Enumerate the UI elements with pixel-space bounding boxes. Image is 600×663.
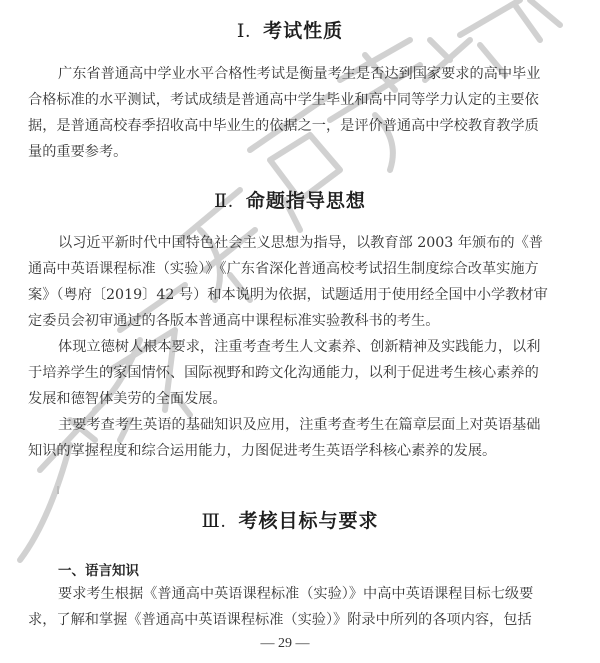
text-line: 量的重要参考。 bbox=[28, 139, 540, 165]
text-line: 据，是普通高校春季招收高中毕业生的依据之一，是评价普通高中学校教育教学质 bbox=[28, 113, 540, 139]
text-line: 通高中英语课程标准（实验）》《广东省深化普通高校考试招生制度综合改革实施方 bbox=[28, 256, 540, 282]
section-heading-2: Ⅱ.命题指导思想 bbox=[0, 186, 580, 213]
text-line: 发展和德智体美劳的全面发展。 bbox=[28, 386, 540, 412]
text-line: 要求考生根据《普通高中英语课程标准（实验）》中高中英语课程目标七级要 bbox=[28, 581, 540, 607]
section-title: 考试性质 bbox=[263, 20, 343, 42]
scan-mark bbox=[57, 486, 59, 494]
section-title: 考核目标与要求 bbox=[239, 510, 379, 532]
text-line: 广东省普通高中学业水平合格性考试是衡量考生是否达到国家要求的高中毕业 bbox=[28, 61, 540, 87]
text-line: 体现立德树人根本要求，注重考查考生人文素养、创新精神及实践能力，以利 bbox=[28, 334, 540, 360]
subsection-heading: 一、语言知识 bbox=[58, 559, 139, 579]
section-heading-1: Ⅰ.考试性质 bbox=[0, 16, 580, 43]
section-heading-3: Ⅲ.考核目标与要求 bbox=[0, 506, 580, 533]
section-number: Ⅲ. bbox=[201, 511, 226, 532]
text-line: 案》（粤府〔2019〕42 号）和本说明为依据，试题适用于使用经全国中小学教材审 bbox=[28, 282, 540, 308]
page-number: — 29 — bbox=[0, 636, 570, 652]
paragraph: 以习近平新时代中国特色社会主义思想为指导，以教育部 2003 年颁布的《普 通高… bbox=[28, 230, 540, 464]
text-line: 合格标准的水平测试，考试成绩是普通高中学生毕业和高中同等学力认定的主要依 bbox=[28, 87, 540, 113]
paragraph: 要求考生根据《普通高中英语课程标准（实验）》中高中英语课程目标七级要 求，了解和… bbox=[28, 581, 540, 633]
paragraph: 广东省普通高中学业水平合格性考试是衡量考生是否达到国家要求的高中毕业 合格标准的… bbox=[28, 61, 540, 165]
section-number: Ⅰ. bbox=[237, 21, 251, 42]
text-line: 定委员会初审通过的各版本普通高中课程标准实验教科书的考生。 bbox=[28, 308, 540, 334]
section-number: Ⅱ. bbox=[214, 191, 234, 212]
text-line: 以习近平新时代中国特色社会主义思想为指导，以教育部 2003 年颁布的《普 bbox=[28, 230, 540, 256]
document-page: Ⅰ.考试性质 广东省普通高中学业水平合格性考试是衡量考生是否达到国家要求的高中毕… bbox=[0, 0, 600, 663]
text-line: 求，了解和掌握《普通高中英语课程标准（实验）》附录中所列的各项内容，包括 bbox=[28, 607, 540, 633]
section-title: 命题指导思想 bbox=[246, 190, 366, 212]
text-line: 知识的掌握程度和综合运用能力，力图促进考生英语学科核心素养的发展。 bbox=[28, 438, 540, 464]
text-line: 于培养学生的家国情怀、国际视野和跨文化沟通能力，以利于促进考生核心素养的 bbox=[28, 360, 540, 386]
text-line: 主要考查考生英语的基础知识及应用，注重考查考生在篇章层面上对英语基础 bbox=[28, 412, 540, 438]
